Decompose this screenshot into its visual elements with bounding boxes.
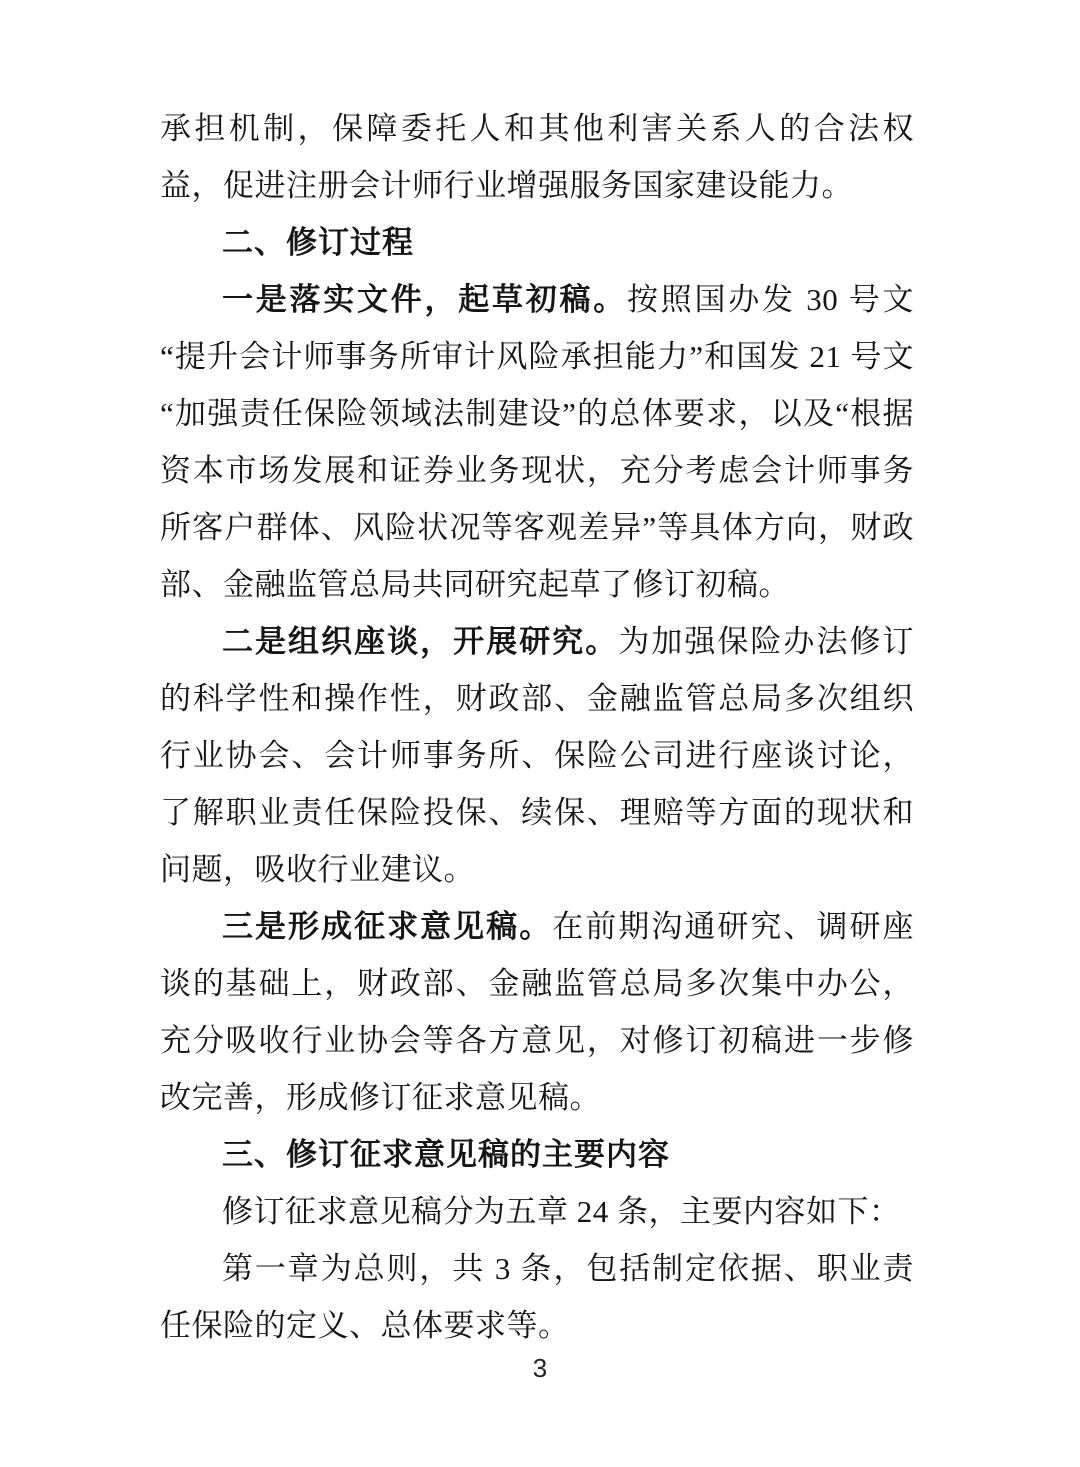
document-body: 承担机制，保障委托人和其他利害关系人的合法权益，促进注册会计师行业增强服务国家建… [160, 100, 914, 1354]
paragraph-chapter-1: 第一章为总则，共 3 条，包括制定依据、职业责任保险的定义、总体要求等。 [160, 1240, 914, 1354]
paragraph-step-1-lead: 一是落实文件，起草初稿。 [222, 282, 627, 317]
paragraph-step-2-lead: 二是组织座谈，开展研究。 [222, 624, 618, 659]
paragraph-step-3: 三是形成征求意见稿。在前期沟通研究、调研座谈的基础上，财政部、金融监管总局多次集… [160, 898, 914, 1126]
paragraph-step-2: 二是组织座谈，开展研究。为加强保险办法修订的科学性和操作性，财政部、金融监管总局… [160, 613, 914, 898]
page-footer: 3 [0, 1352, 1080, 1384]
paragraph-step-1-text: 按照国办发 30 号文“提升会计师事务所审计风险承担能力”和国发 21 号文“加… [160, 282, 914, 602]
section-heading-main-content: 三、修订征求意见稿的主要内容 [160, 1126, 914, 1183]
document-page: 承担机制，保障委托人和其他利害关系人的合法权益，促进注册会计师行业增强服务国家建… [0, 0, 1080, 1467]
paragraph-step-2-text: 为加强保险办法修订的科学性和操作性，财政部、金融监管总局多次组织行业协会、会计师… [160, 624, 914, 887]
paragraph-step-3-lead: 三是形成征求意见稿。 [222, 909, 552, 944]
paragraph-overview: 修订征求意见稿分为五章 24 条，主要内容如下： [160, 1183, 914, 1240]
paragraph-continuation: 承担机制，保障委托人和其他利害关系人的合法权益，促进注册会计师行业增强服务国家建… [160, 100, 914, 214]
paragraph-step-1: 一是落实文件，起草初稿。按照国办发 30 号文“提升会计师事务所审计风险承担能力… [160, 271, 914, 613]
section-heading-revision-process: 二、修订过程 [160, 214, 914, 271]
page-number: 3 [533, 1353, 547, 1383]
